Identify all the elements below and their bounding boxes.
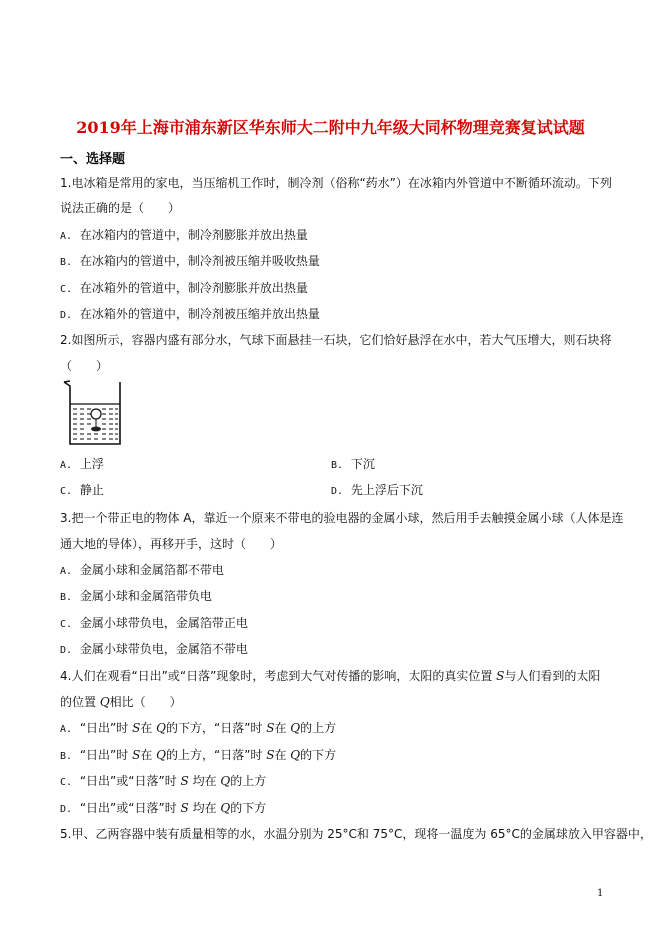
option-label: B. bbox=[60, 255, 76, 271]
option-text: 上浮 bbox=[80, 457, 104, 471]
option-label: B. bbox=[331, 458, 347, 474]
question-4-stem-line-2: 的位置 Q相比（ ） bbox=[60, 694, 182, 710]
option-text: 在冰箱外的管道中，制冷剂被压缩并放出热量 bbox=[80, 307, 320, 321]
question-3-option-c: C. 金属小球带负电，金属箔带正电 bbox=[60, 615, 248, 633]
option-label: C. bbox=[60, 617, 76, 633]
question-2-option-c: C. 静止 bbox=[60, 482, 104, 500]
variable-q: Q bbox=[290, 748, 300, 762]
option-text: “日出”或“日落”时 bbox=[80, 801, 181, 815]
option-text: 在冰箱内的管道中，制冷剂膨胀并放出热量 bbox=[80, 228, 308, 242]
option-text: 下沉 bbox=[351, 457, 375, 471]
option-text: “日出”时 bbox=[80, 721, 132, 735]
question-1-option-a: A. 在冰箱内的管道中，制冷剂膨胀并放出热量 bbox=[60, 227, 308, 245]
question-1-stem-line-1: 1.电冰箱是常用的家电，当压缩机工作时，制冷剂（俗称“药水”）在冰箱内外管道中不… bbox=[60, 175, 612, 191]
question-4-stem-line-1: 4.人们在观看“日出”或“日落”现象时，考虑到大气对传播的影响，太阳的真实位置 … bbox=[60, 668, 600, 684]
option-text: 的下方，“日落”时 bbox=[166, 721, 266, 735]
option-text: 的上方，“日落”时 bbox=[166, 748, 266, 762]
option-text: 静止 bbox=[80, 483, 104, 497]
option-text: 在冰箱内的管道中，制冷剂被压缩并吸收热量 bbox=[80, 254, 320, 268]
question-3-option-b: B. 金属小球和金属箔带负电 bbox=[60, 588, 212, 606]
question-3-stem-line-1: 3.把一个带正电的物体 A，靠近一个原来不带电的验电器的金属小球，然后用手去触摸… bbox=[60, 510, 623, 526]
question-2-option-d: D. 先上浮后下沉 bbox=[331, 482, 423, 500]
option-label: C. bbox=[60, 282, 76, 298]
option-label: B. bbox=[60, 590, 76, 606]
question-3-stem-line-2: 通大地的导体），再移开手，这时（ ） bbox=[60, 536, 282, 552]
option-text: 的上方 bbox=[230, 774, 266, 788]
option-text: “日出”或“日落”时 bbox=[80, 774, 181, 788]
option-label: C. bbox=[60, 775, 76, 791]
question-5-stem-line-1: 5.甲、乙两容器中装有质量相等的水，水温分别为 25°C和 75°C，现将一温度… bbox=[60, 826, 652, 842]
option-text: 金属小球带负电，金属箔带正电 bbox=[80, 616, 248, 630]
option-label: A. bbox=[60, 458, 76, 474]
option-text: 在 bbox=[274, 721, 290, 735]
question-3-option-d: D. 金属小球带负电，金属箔不带电 bbox=[60, 641, 248, 659]
option-text: 在冰箱外的管道中，制冷剂膨胀并放出热量 bbox=[80, 281, 308, 295]
option-label: D. bbox=[60, 802, 76, 818]
variable-q: Q bbox=[156, 748, 166, 762]
option-label: D. bbox=[331, 484, 347, 500]
question-4-option-d: D. “日出”或“日落”时 S 均在 Q的下方 bbox=[60, 800, 266, 818]
option-text: 在 bbox=[140, 721, 156, 735]
option-text: 的下方 bbox=[230, 801, 266, 815]
question-1-option-b: B. 在冰箱内的管道中，制冷剂被压缩并吸收热量 bbox=[60, 253, 320, 271]
variable-q: Q bbox=[290, 721, 300, 735]
variable-s: S bbox=[181, 774, 189, 788]
option-text: 的下方 bbox=[300, 748, 336, 762]
stem-text: 相比（ ） bbox=[110, 695, 182, 709]
variable-q: Q bbox=[156, 721, 166, 735]
option-label: A. bbox=[60, 229, 76, 245]
variable-s: S bbox=[181, 801, 189, 815]
stem-text: 4.人们在观看“日出”或“日落”现象时，考虑到大气对传播的影响，太阳的真实位置 bbox=[60, 669, 496, 683]
option-text: 金属小球和金属箔带负电 bbox=[80, 589, 212, 603]
document-title: 2019年上海市浦东新区华东师大二附中九年级大同杯物理竞赛复试试题 bbox=[0, 115, 661, 138]
question-2-stem-line-2: （ ） bbox=[60, 358, 108, 374]
option-text: “日出”时 bbox=[80, 748, 132, 762]
option-text: 金属小球带负电，金属箔不带电 bbox=[80, 642, 248, 656]
question-1-stem-line-2: 说法正确的是（ ） bbox=[60, 200, 180, 216]
document-page: 2019年上海市浦东新区华东师大二附中九年级大同杯物理竞赛复试试题 一、选择题 … bbox=[0, 0, 661, 935]
variable-q: Q bbox=[100, 695, 110, 709]
question-1-option-c: C. 在冰箱外的管道中，制冷剂膨胀并放出热量 bbox=[60, 280, 308, 298]
question-4-option-b: B. “日出”时 S在 Q的上方，“日落”时 S在 Q的下方 bbox=[60, 747, 336, 765]
beaker-figure bbox=[62, 378, 128, 448]
page-number: 1 bbox=[597, 888, 603, 899]
option-text: 金属小球和金属箔都不带电 bbox=[80, 563, 224, 577]
question-3-option-a: A. 金属小球和金属箔都不带电 bbox=[60, 562, 224, 580]
question-2-stem-line-1: 2.如图所示，容器内盛有部分水，气球下面悬挂一石块，它们恰好悬浮在水中，若大气压… bbox=[60, 332, 611, 348]
stem-text: 的位置 bbox=[60, 695, 100, 709]
option-text: 均在 bbox=[189, 801, 221, 815]
variable-q: Q bbox=[220, 774, 230, 788]
section-heading: 一、选择题 bbox=[60, 148, 125, 167]
option-text: 的上方 bbox=[300, 721, 336, 735]
stem-text: 与人们看到的太阳 bbox=[504, 669, 600, 683]
question-2-option-b: B. 下沉 bbox=[331, 456, 375, 474]
question-4-option-a: A. “日出”时 S在 Q的下方，“日落”时 S在 Q的上方 bbox=[60, 720, 336, 738]
option-label: C. bbox=[60, 484, 76, 500]
option-text: 均在 bbox=[189, 774, 221, 788]
question-2-option-a: A. 上浮 bbox=[60, 456, 104, 474]
option-text: 在 bbox=[140, 748, 156, 762]
option-label: A. bbox=[60, 564, 76, 580]
question-1-option-d: D. 在冰箱外的管道中，制冷剂被压缩并放出热量 bbox=[60, 306, 320, 324]
question-4-option-c: C. “日出”或“日落”时 S 均在 Q的上方 bbox=[60, 773, 266, 791]
variable-q: Q bbox=[220, 801, 230, 815]
option-text: 在 bbox=[274, 748, 290, 762]
option-label: A. bbox=[60, 722, 76, 738]
option-label: B. bbox=[60, 749, 76, 765]
option-label: D. bbox=[60, 643, 76, 659]
option-text: 先上浮后下沉 bbox=[351, 483, 423, 497]
option-label: D. bbox=[60, 308, 76, 324]
